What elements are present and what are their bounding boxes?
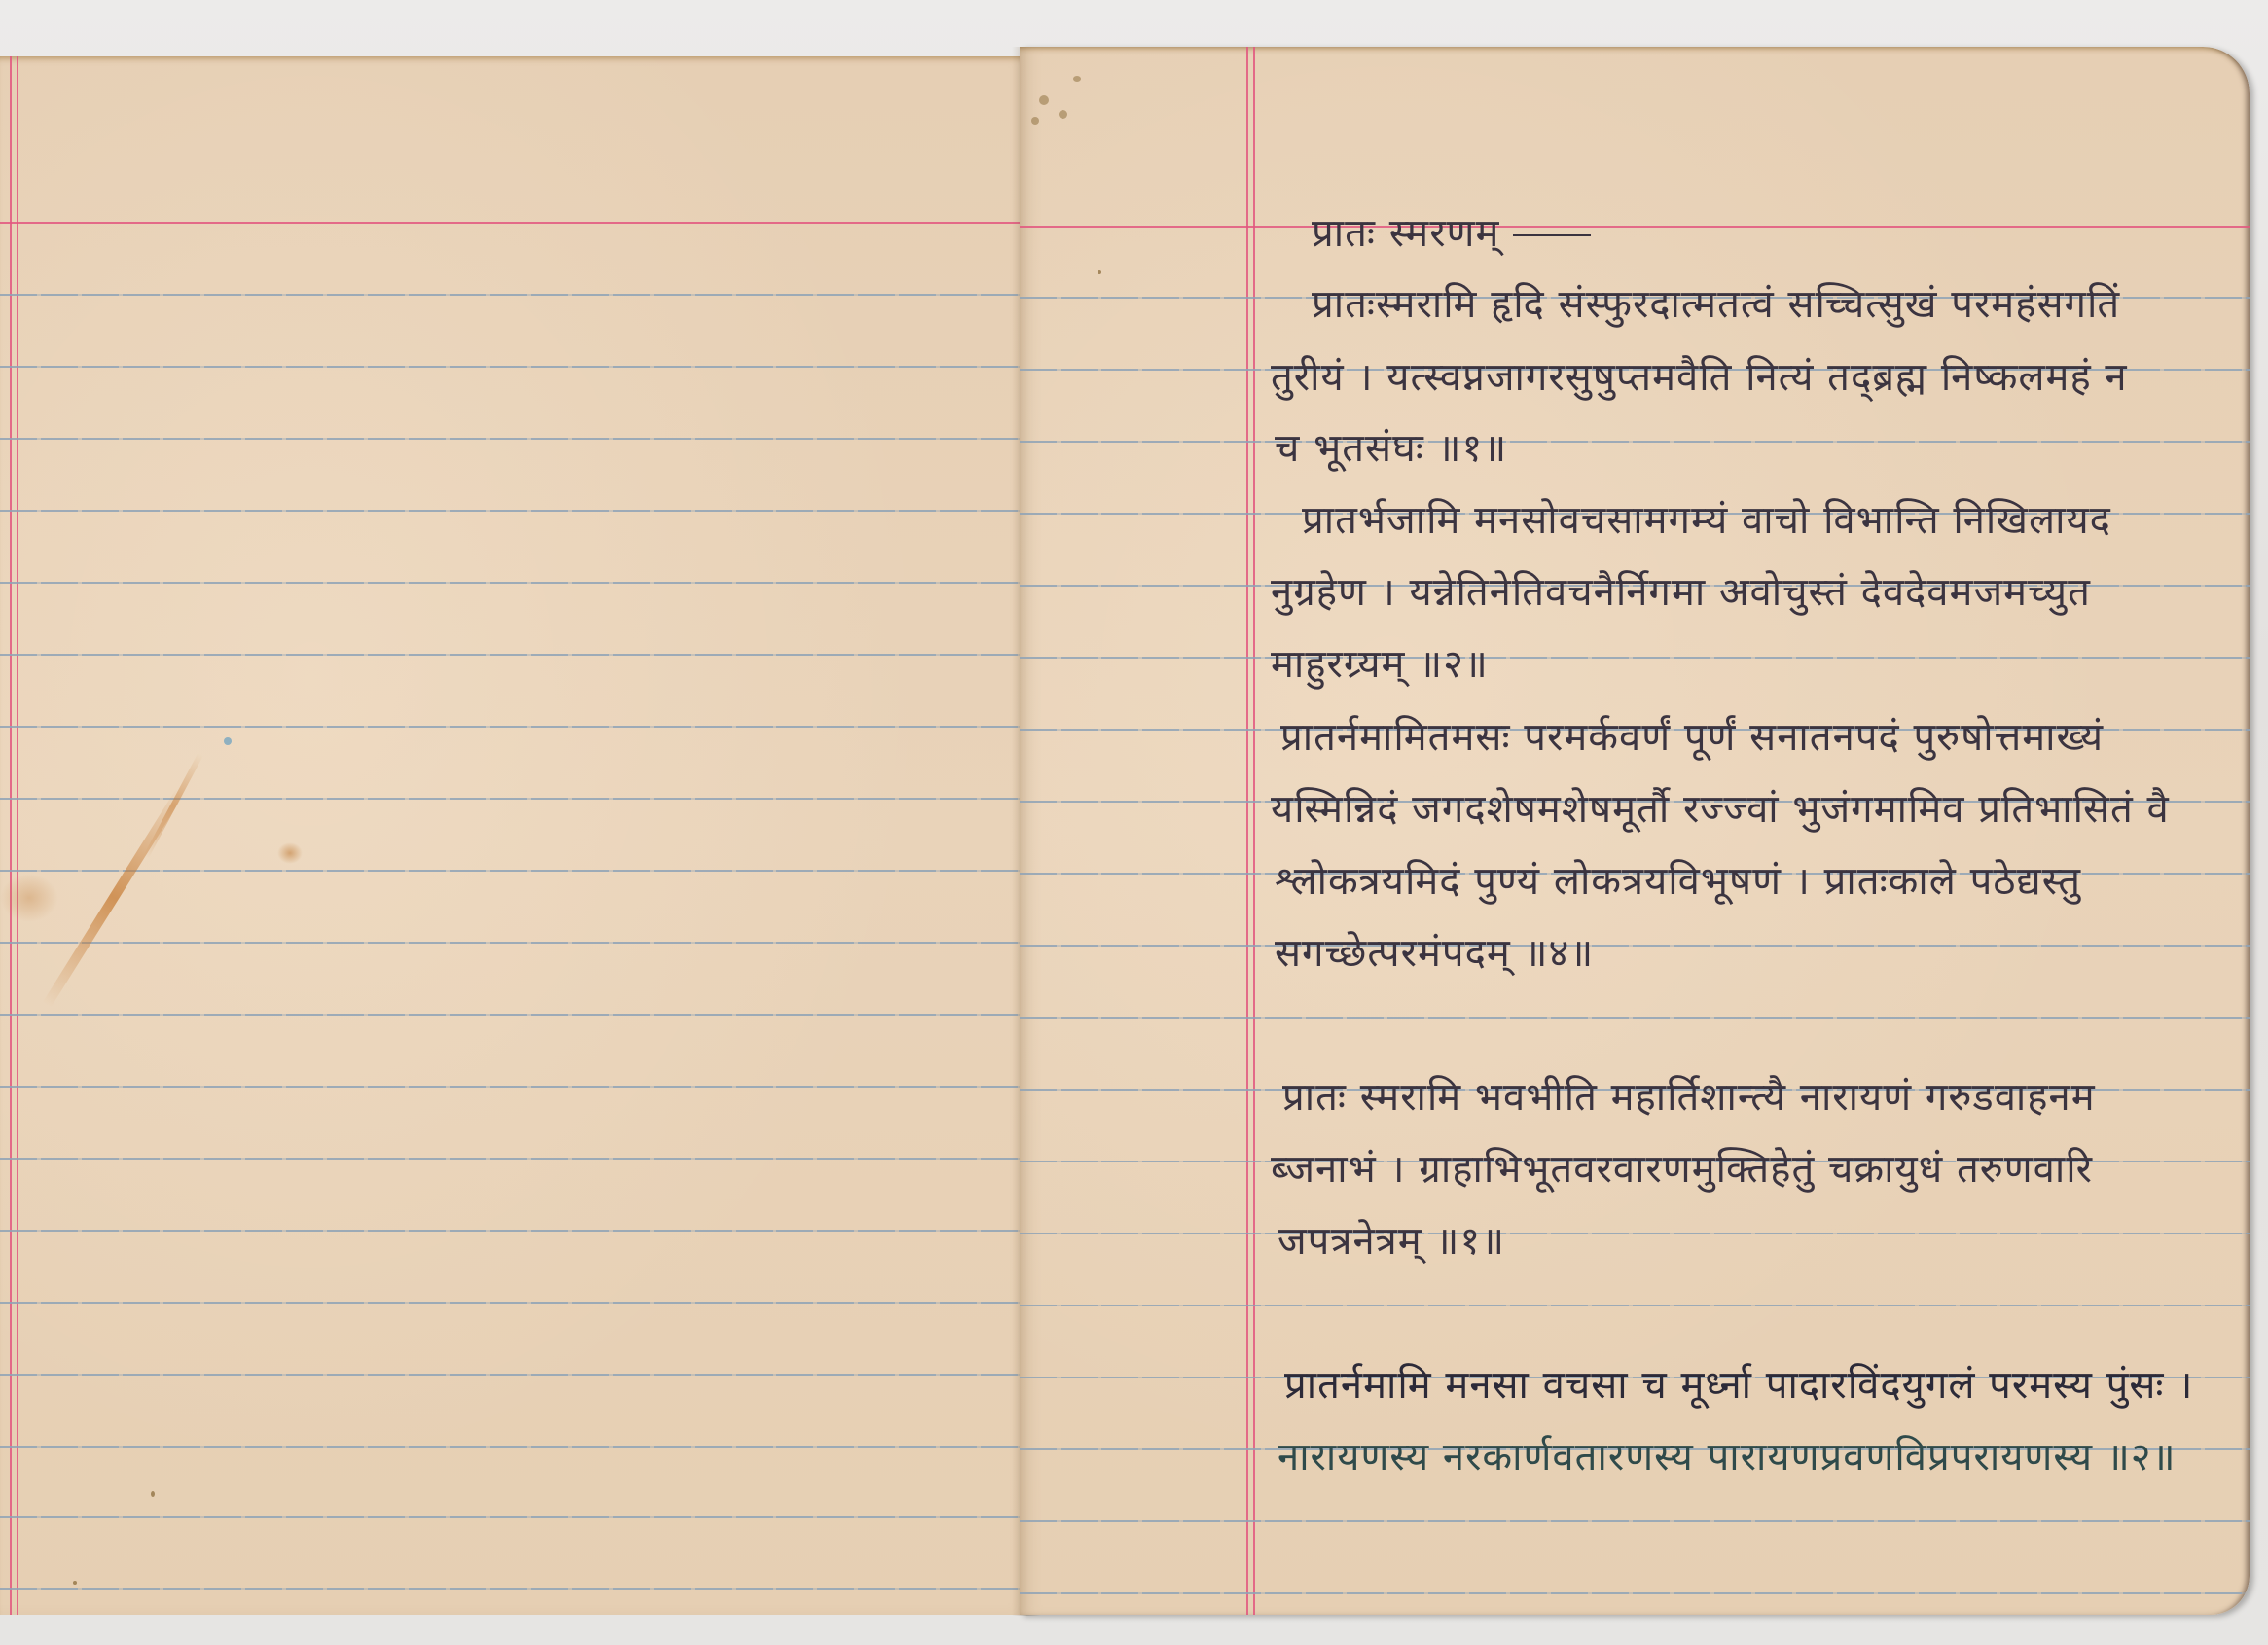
ruled-line — [1020, 1520, 2250, 1522]
dirt-spot — [151, 1491, 155, 1497]
ruled-line — [0, 438, 1037, 440]
dirt-spot — [1098, 270, 1101, 274]
ruled-line — [0, 726, 1037, 728]
ruled-line — [0, 1230, 1037, 1232]
left-page — [0, 56, 1037, 1615]
ruled-line — [1020, 1305, 2250, 1306]
title-dash — [1513, 234, 1591, 236]
rust-stain — [0, 874, 58, 922]
dirt-spot — [73, 1581, 77, 1585]
ruled-line — [0, 942, 1037, 944]
ruled-line — [0, 1158, 1037, 1160]
ruled-line — [0, 1446, 1037, 1448]
verse-line: ब्जनाभं । ग्राहाभिभूतवरवारणमुक्तिहेतुं च… — [1271, 1150, 2093, 1189]
dirt-spot — [1031, 117, 1039, 125]
margin-red-rule-outer — [10, 56, 12, 1615]
ink-spot — [224, 737, 232, 745]
header-red-rule — [1020, 226, 2250, 228]
ruled-line — [0, 1516, 1037, 1518]
rust-stain — [277, 842, 303, 864]
title-text: प्रातः स्मरणम् — [1312, 211, 1499, 256]
rust-stain — [143, 753, 203, 859]
rust-stain — [43, 788, 185, 1008]
ruled-line — [0, 870, 1037, 872]
right-page: प्रातः स्मरणम् प्रातःस्मरामि हृदि संस्फु… — [1020, 47, 2250, 1615]
margin-red-rule-outer — [1246, 47, 1248, 1615]
verse-line: प्रातःस्मरामि हृदि संस्फुरदात्मतत्वं सच्… — [1312, 285, 2120, 324]
verse-line: च भूतसंघः ॥१॥ — [1275, 429, 1507, 468]
margin-red-rule-inner — [17, 56, 18, 1615]
ruled-line — [0, 366, 1037, 368]
ruled-line — [0, 798, 1037, 800]
ruled-line — [0, 1588, 1037, 1590]
ruled-line — [1020, 1592, 2250, 1594]
ruled-line — [0, 1086, 1037, 1088]
ruled-line — [0, 1302, 1037, 1304]
ruled-line — [1020, 657, 2250, 659]
ruled-line — [1020, 945, 2250, 947]
header-red-rule — [0, 222, 1037, 224]
ruled-line — [1020, 1017, 2250, 1019]
ruled-line — [1020, 1233, 2250, 1234]
verse-line: तुरीयं । यत्स्वप्नजागरसुषुप्तमवैति नित्य… — [1271, 358, 2128, 397]
verse-line: माहुरग्र्यम् ॥२॥ — [1271, 645, 1489, 684]
verse-line: श्लोकत्रयमिदं पुण्यं लोकत्रयविभूषणं । प्… — [1275, 862, 2081, 901]
ruled-line — [0, 1374, 1037, 1376]
dirt-spot — [1073, 76, 1081, 82]
verse-line: प्रातर्भजामि मनसोवचसामगम्यं वाचो विभान्त… — [1302, 501, 2111, 540]
verse-line: यस्मिन्निदं जगदशेषमशेषमूर्तौ रज्ज्वां भु… — [1271, 790, 2170, 829]
ruled-line — [0, 294, 1037, 296]
ruled-line — [0, 510, 1037, 512]
verse-line: सगच्छेत्परमंपदम् ॥४॥ — [1275, 934, 1594, 973]
verse-line: नारायणस्य नरकार्णवतारणस्य पारायणप्रवणविप… — [1278, 1438, 2177, 1477]
verse-line: प्रातर्नमामितमसः परमर्कवर्णं पूर्णं सनात… — [1280, 718, 2104, 757]
dirt-spot — [1059, 110, 1067, 119]
page-title: प्रातः स्मरणम् — [1312, 214, 1591, 253]
ruled-line — [0, 654, 1037, 656]
verse-line: प्रातः स्मरामि भवभीति महार्तिशान्त्यै ना… — [1282, 1078, 2096, 1117]
ruled-line — [1020, 441, 2250, 443]
verse-line: जपत्रनेत्रम् ॥१॥ — [1278, 1222, 1505, 1261]
verse-line: प्रातर्नमामि मनसा वचसा च मूर्ध्ना पादारव… — [1284, 1366, 2193, 1405]
margin-red-rule-inner — [1253, 47, 1255, 1615]
verse-line: नुग्रहेण । यन्नेतिनेतिवचनैर्निगमा अवोचुस… — [1271, 573, 2091, 612]
ruled-line — [0, 582, 1037, 584]
dirt-spot — [1039, 95, 1049, 105]
ruled-line — [0, 1014, 1037, 1016]
